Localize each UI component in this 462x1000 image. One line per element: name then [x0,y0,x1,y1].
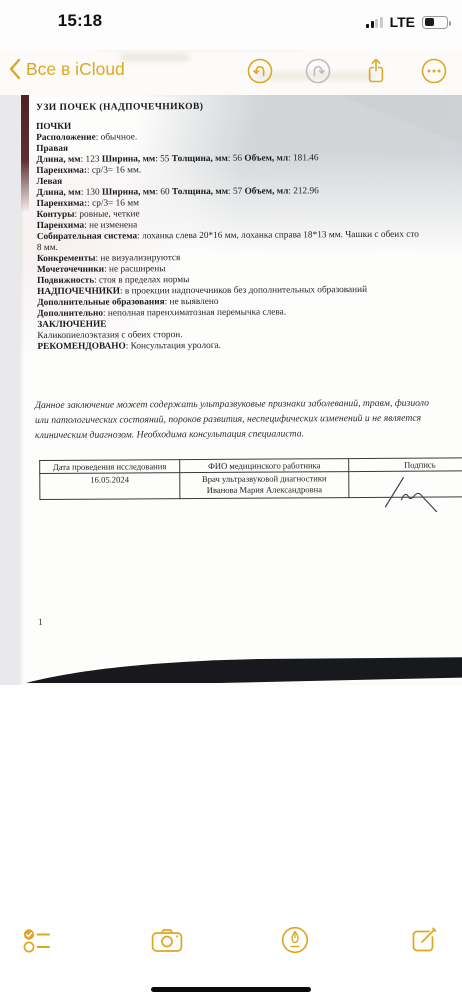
camera-button[interactable] [149,922,185,958]
page-number: 1 [38,618,43,628]
table-header-cell: ФИО медицинского работника [179,459,349,473]
scanned-paper: УЗИ ПОЧЕК (НАДПОЧЕЧНИКОВ) ПОЧКИРасположе… [20,95,462,685]
table-header-cell: Дата проведения исследования [40,460,180,474]
clock: 15:18 [40,11,120,31]
battery-icon [422,16,448,29]
note-body[interactable] [0,685,462,905]
back-label: Все в iCloud [26,59,125,80]
back-chevron-icon [8,58,21,80]
cellular-signal-icon [366,17,383,28]
report-table: Дата проведения исследованияФИО медицинс… [39,457,462,500]
ellipsis-icon [420,57,448,85]
compose-icon [409,925,439,955]
status-bar: 15:18 LTE [0,0,462,50]
markup-button[interactable] [277,922,313,958]
photo-attachment[interactable]: УЗИ ПОЧЕК (НАДПОЧЕЧНИКОВ) ПОЧКИРасположе… [0,95,462,685]
signature-cell [349,471,462,498]
blurred-content-smudge [120,54,190,61]
nav-bar: Все в iCloud [0,50,462,95]
share-icon [363,56,389,86]
bottom-toolbar [0,908,462,972]
disclaimer: Данное заключение может содержать ультра… [35,394,462,443]
undo-button[interactable] [246,57,274,85]
document-lines: ПОЧКИРасположение: обычное.ПраваяДлина, … [36,118,462,353]
checklist-button[interactable] [20,922,56,958]
paper-bottom-edge-shadow [20,651,462,685]
more-button[interactable] [420,57,448,85]
doctor-cell: Врач ультразвуковой диагностикиИванова М… [179,472,349,499]
redo-icon [304,57,332,85]
redo-button[interactable] [304,57,332,85]
network-type-label: LTE [390,14,415,30]
home-indicator[interactable] [151,987,311,992]
report-table-row: 16.05.2024 Врач ультразвуковой диагности… [40,471,462,500]
notes-app-screen: 15:18 LTE Все в iCloud [0,0,462,1000]
signature-scribble [360,473,462,516]
table-header-cell: Подпись [349,458,462,472]
share-button[interactable] [362,57,390,85]
markup-pen-icon [280,925,310,955]
folder-edge [21,95,30,213]
undo-icon [246,57,274,85]
date-cell: 16.05.2024 [40,473,180,500]
checklist-icon [22,927,54,954]
back-button[interactable]: Все в iCloud [8,58,125,80]
document-title: УЗИ ПОЧЕК (НАДПОЧЕЧНИКОВ) [36,101,203,113]
compose-button[interactable] [406,922,442,958]
camera-icon [151,927,183,953]
